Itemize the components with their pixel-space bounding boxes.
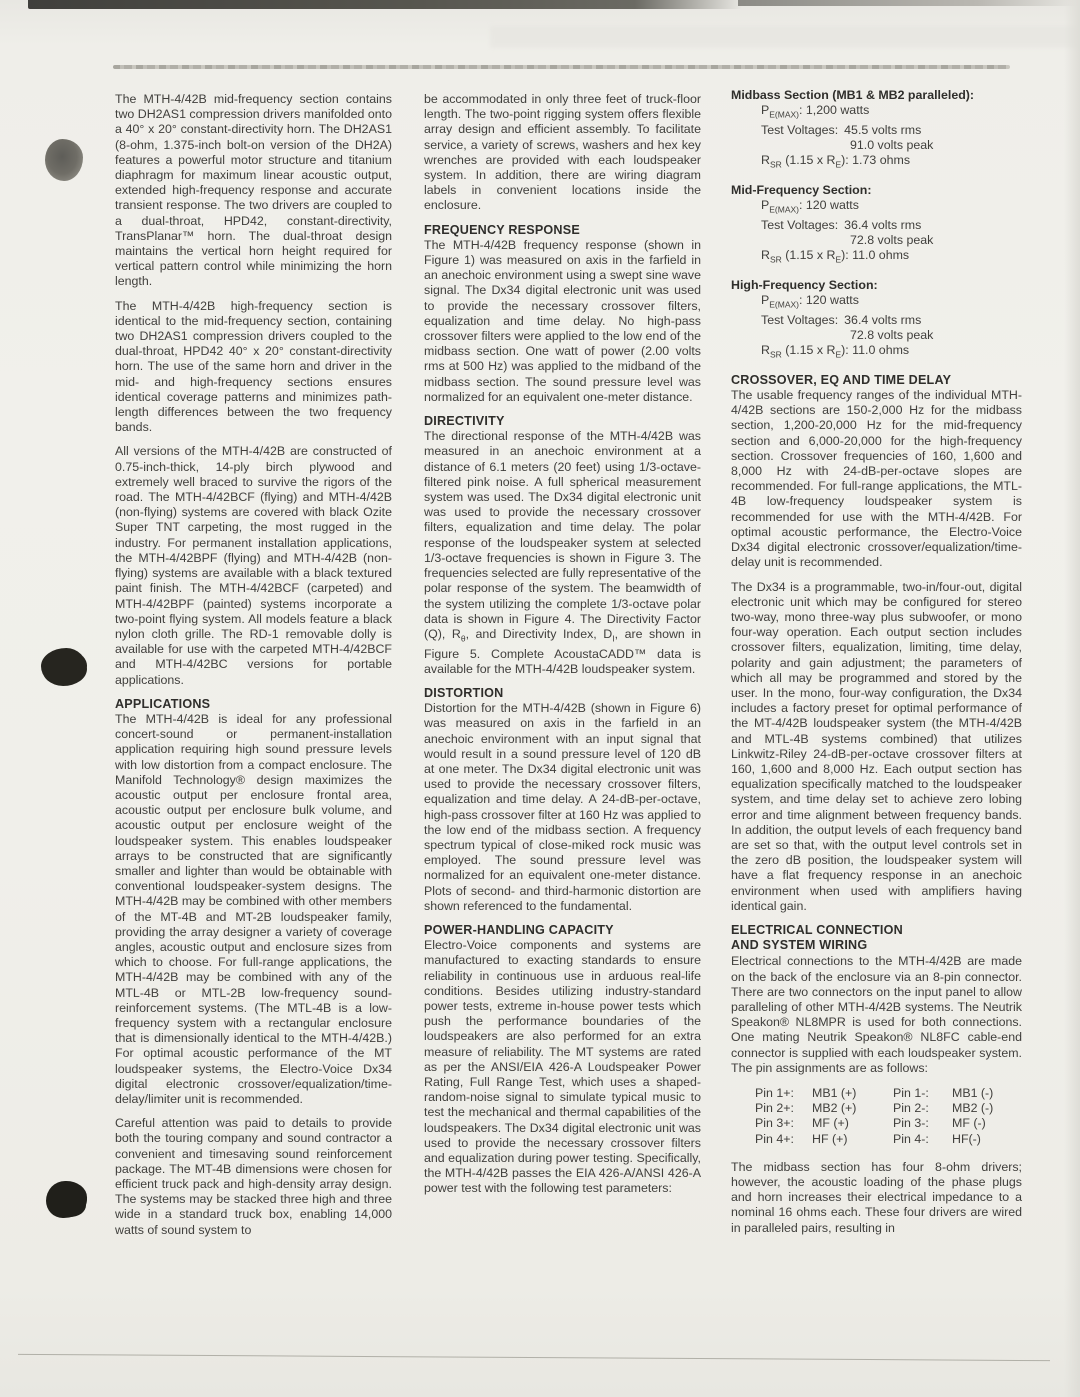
paragraph-electrical-connection: Electrical connections to the MTH-4/42B … — [731, 954, 1022, 1076]
spec-text: (1.15 x R — [782, 153, 836, 167]
column-right: Midbass Section (MB1 & MB2 paralleled): … — [731, 88, 1022, 1245]
column-middle: be accommodated in only three feet of tr… — [424, 92, 701, 1206]
spec-line-pemax: PE(MAX): 1,200 watts — [731, 103, 1022, 123]
spec-line-rsr: RSR (1.15 x RE): 11.0 ohms — [731, 343, 1022, 363]
subscript: SR — [770, 350, 782, 360]
page-right-edge-shadow — [1064, 0, 1080, 1397]
spec-symbol: R — [761, 153, 770, 167]
pin-label: Pin 2-: — [893, 1101, 952, 1116]
paragraph-frequency-response: The MTH-4/42B frequency response (shown … — [424, 238, 701, 405]
section-heading-crossover: CROSSOVER, EQ AND TIME DELAY — [731, 373, 1022, 388]
spec-line-test-voltages: Test Voltages:36.4 volts rms — [731, 218, 1022, 233]
subscript: E(MAX) — [769, 110, 799, 120]
spec-heading: Mid-Frequency Section: — [731, 183, 1022, 198]
page-bottom-edge-line — [18, 1354, 1050, 1361]
subscript: SR — [770, 255, 782, 265]
paragraph-rigging: be accommodated in only three feet of tr… — [424, 92, 701, 214]
power-spec-midbass: Midbass Section (MB1 & MB2 paralleled): … — [731, 88, 1022, 173]
spec-value: ): 11.0 ohms — [841, 248, 909, 262]
spec-line-test-voltages: Test Voltages:45.5 volts rms — [731, 123, 1022, 138]
paragraph-text: , and Directivity Index, D — [466, 627, 613, 641]
scan-top-edge-artifact-light — [738, 0, 1080, 6]
spec-line-peak-voltage: 72.8 volts peak — [731, 328, 1022, 343]
column-left: The MTH-4/42B mid-frequency section cont… — [115, 92, 392, 1247]
spec-value: ): 11.0 ohms — [841, 343, 909, 357]
paragraph-crossover: The usable frequency ranges of the indiv… — [731, 388, 1022, 570]
spec-heading: Midbass Section (MB1 & MB2 paralleled): — [731, 88, 1022, 103]
paragraph-truck-pack: Careful attention was paid to details to… — [115, 1116, 392, 1238]
pin-label: Pin 3-: — [893, 1116, 952, 1131]
spec-value: 36.4 volts rms — [844, 313, 921, 327]
spec-line-pemax: PE(MAX): 120 watts — [731, 198, 1022, 218]
heading-line: ELECTRICAL CONNECTION — [731, 923, 903, 937]
spec-text: (1.15 x R — [782, 343, 836, 357]
pin-label: Pin 1-: — [893, 1086, 952, 1101]
spec-line-rsr: RSR (1.15 x RE): 1.73 ohms — [731, 153, 1022, 173]
section-heading-directivity: DIRECTIVITY — [424, 414, 701, 429]
section-heading-power-handling: POWER-HANDLING CAPACITY — [424, 923, 701, 938]
spec-value: 45.5 volts rms — [844, 123, 921, 137]
spec-value: : 120 watts — [799, 198, 859, 212]
spec-symbol: R — [761, 248, 770, 262]
spec-label: Test Voltages: — [761, 123, 838, 137]
spec-value: : 1,200 watts — [799, 103, 869, 117]
spec-line-peak-voltage: 91.0 volts peak — [731, 138, 1022, 153]
spec-label: Test Voltages: — [761, 218, 838, 232]
pin-value: MB2 (-) — [952, 1101, 1022, 1116]
scan-smudge-artifact — [490, 26, 1080, 48]
pin-value: HF(-) — [952, 1132, 1022, 1147]
paragraph-midbass-impedance: The midbass section has four 8-ohm drive… — [731, 1160, 1022, 1236]
subscript: E(MAX) — [769, 205, 799, 215]
pin-value: MB2 (+) — [812, 1101, 893, 1116]
paragraph-dx34: The Dx34 is a programmable, two-in/four-… — [731, 580, 1022, 914]
pin-label: Pin 4-: — [893, 1132, 952, 1147]
spec-value: 36.4 volts rms — [844, 218, 921, 232]
scanned-datasheet-page: The MTH-4/42B mid-frequency section cont… — [0, 0, 1080, 1397]
paragraph-text: The directional response of the MTH-4/42… — [424, 429, 701, 641]
pin-value: HF (+) — [812, 1132, 893, 1147]
pin-assignment-table: Pin 1+: MB1 (+) Pin 1-: MB1 (-) Pin 2+: … — [755, 1086, 1022, 1147]
spec-line-test-voltages: Test Voltages:36.4 volts rms — [731, 313, 1022, 328]
paragraph-construction: All versions of the MTH-4/42B are constr… — [115, 444, 392, 687]
spec-text: (1.15 x R — [782, 248, 836, 262]
power-spec-high-frequency: High-Frequency Section: PE(MAX): 120 wat… — [731, 278, 1022, 363]
pin-value: MB1 (-) — [952, 1086, 1022, 1101]
pin-label: Pin 1+: — [755, 1086, 812, 1101]
paragraph-high-frequency-section: The MTH-4/42B high-frequency section is … — [115, 299, 392, 436]
scan-top-edge-artifact — [28, 0, 742, 9]
pin-label: Pin 2+: — [755, 1101, 812, 1116]
spec-label: Test Voltages: — [761, 313, 838, 327]
paragraph-mid-frequency-section: The MTH-4/42B mid-frequency section cont… — [115, 92, 392, 290]
top-rule-divider — [113, 65, 1010, 69]
subscript: SR — [770, 160, 782, 170]
spec-symbol: R — [761, 343, 770, 357]
pin-value: MF (+) — [812, 1116, 893, 1131]
punch-mark-top — [45, 139, 83, 181]
pin-label: Pin 4+: — [755, 1132, 812, 1147]
pin-table-row: Pin 4+: HF (+) Pin 4-: HF(-) — [755, 1132, 1022, 1147]
paragraph-power-handling: Electro-Voice components and systems are… — [424, 938, 701, 1196]
spec-heading: High-Frequency Section: — [731, 278, 1022, 293]
section-heading-frequency-response: FREQUENCY RESPONSE — [424, 223, 701, 238]
spec-value: ): 1.73 ohms — [841, 153, 910, 167]
spec-value: : 120 watts — [799, 293, 859, 307]
spec-line-rsr: RSR (1.15 x RE): 11.0 ohms — [731, 248, 1022, 268]
pin-value: MB1 (+) — [812, 1086, 893, 1101]
pin-value: MF (-) — [952, 1116, 1022, 1131]
pin-table-row: Pin 2+: MB2 (+) Pin 2-: MB2 (-) — [755, 1101, 1022, 1116]
section-heading-electrical-connection: ELECTRICAL CONNECTION AND SYSTEM WIRING — [731, 923, 1022, 953]
spec-line-peak-voltage: 72.8 volts peak — [731, 233, 1022, 248]
punch-mark-middle — [41, 648, 87, 686]
section-heading-applications: APPLICATIONS — [115, 697, 392, 712]
power-spec-mid-frequency: Mid-Frequency Section: PE(MAX): 120 watt… — [731, 183, 1022, 268]
pin-table-row: Pin 1+: MB1 (+) Pin 1-: MB1 (-) — [755, 1086, 1022, 1101]
section-heading-distortion: DISTORTION — [424, 686, 701, 701]
spec-line-pemax: PE(MAX): 120 watts — [731, 293, 1022, 313]
pin-label: Pin 3+: — [755, 1116, 812, 1131]
paragraph-applications: The MTH-4/42B is ideal for any professio… — [115, 712, 392, 1107]
subscript: E(MAX) — [769, 300, 799, 310]
pin-table-row: Pin 3+: MF (+) Pin 3-: MF (-) — [755, 1116, 1022, 1131]
heading-line: AND SYSTEM WIRING — [731, 938, 867, 952]
punch-mark-bottom — [46, 1181, 87, 1218]
paragraph-distortion: Distortion for the MTH-4/42B (shown in F… — [424, 701, 701, 914]
paragraph-directivity: The directional response of the MTH-4/42… — [424, 429, 701, 677]
